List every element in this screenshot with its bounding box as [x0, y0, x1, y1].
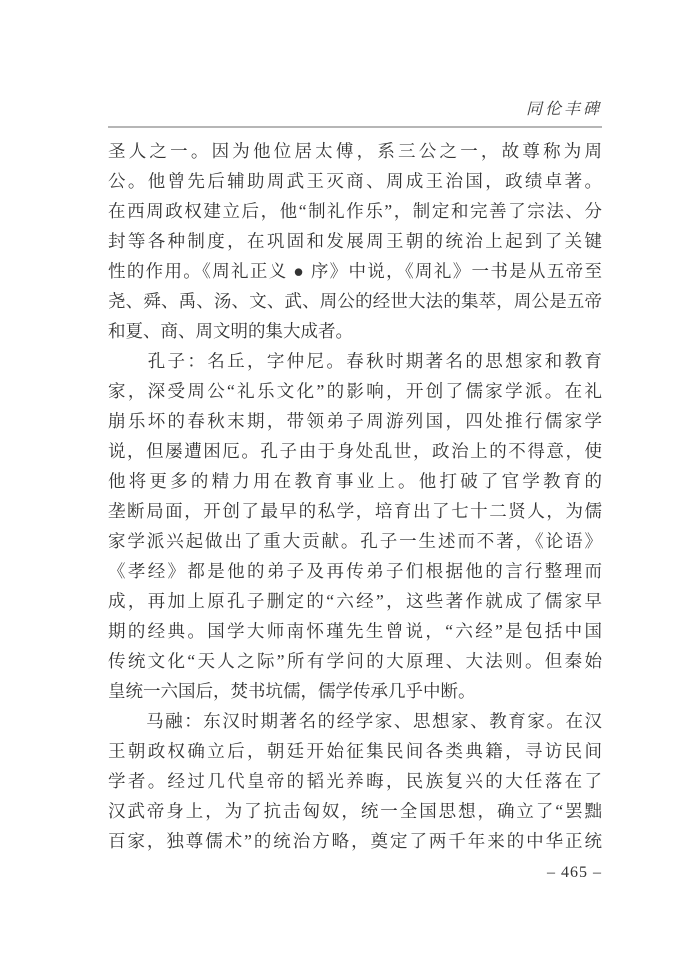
- running-header-title: 同伦丰碑: [526, 101, 602, 118]
- paragraph: 孔子：名丘，字仲尼。春秋时期著名的思想家和教育家，深受周公“礼乐文化”的影响，开…: [108, 346, 602, 706]
- text-line: 《孝经》都是他的弟子及再传弟子们根据他的言行整理而: [108, 556, 602, 586]
- page-body: 圣人之一。因为他位居太傅，系三公之一，故尊称为周公。他曾先后辅助周武王灭商、周成…: [108, 136, 602, 856]
- text-line: 孔子：名丘，字仲尼。春秋时期著名的思想家和教育: [108, 346, 602, 376]
- text-line: 传统文化“天人之际”所有学问的大原理、大法则。但秦始: [108, 646, 602, 676]
- page-number: – 465 –: [547, 864, 602, 881]
- paragraph: 圣人之一。因为他位居太傅，系三公之一，故尊称为周公。他曾先后辅助周武王灭商、周成…: [108, 136, 602, 346]
- text-line: 公。他曾先后辅助周武王灭商、周成王治国，政绩卓著。: [108, 166, 602, 196]
- paragraph: 马融：东汉时期著名的经学家、思想家、教育家。在汉王朝政权确立后，朝廷开始征集民间…: [108, 706, 602, 856]
- text-line: 圣人之一。因为他位居太傅，系三公之一，故尊称为周: [108, 136, 602, 166]
- text-line: 说，但屡遭困厄。孔子由于身处乱世，政治上的不得意，使: [108, 436, 602, 466]
- text-line: 百家，独尊儒术”的统治方略，奠定了两千年来的中华正统: [108, 826, 602, 856]
- text-line: 崩乐坏的春秋末期，带领弟子周游列国，四处推行儒家学: [108, 406, 602, 436]
- text-line: 皇统一六国后，焚书坑儒，儒学传承几乎中断。: [108, 676, 602, 706]
- text-line: 马融：东汉时期著名的经学家、思想家、教育家。在汉: [108, 706, 602, 736]
- text-line: 性的作用。《周礼正义 ● 序》中说，《周礼》一书是从五帝至: [108, 256, 602, 286]
- text-line: 在西周政权建立后，他“制礼作乐”，制定和完善了宗法、分: [108, 196, 602, 226]
- text-line: 汉武帝身上，为了抗击匈奴，统一全国思想，确立了“罢黜: [108, 796, 602, 826]
- text-line: 王朝政权确立后，朝廷开始征集民间各类典籍，寻访民间: [108, 736, 602, 766]
- text-line: 学者。经过几代皇帝的韬光养晦，民族复兴的大任落在了: [108, 766, 602, 796]
- text-line: 他将更多的精力用在教育事业上。他打破了官学教育的: [108, 466, 602, 496]
- text-line: 和夏、商、周文明的集大成者。: [108, 316, 602, 346]
- text-line: 封等各种制度，在巩固和发展周王朝的统治上起到了关键: [108, 226, 602, 256]
- text-line: 家，深受周公“礼乐文化”的影响，开创了儒家学派。在礼: [108, 376, 602, 406]
- page-footer: – 465 –: [108, 864, 602, 882]
- text-line: 成，再加上原孔子删定的“六经”，这些著作就成了儒家早: [108, 586, 602, 616]
- book-page: 同伦丰碑 圣人之一。因为他位居太傅，系三公之一，故尊称为周公。他曾先后辅助周武王…: [0, 0, 692, 968]
- text-line: 家学派兴起做出了重大贡献。孔子一生述而不著，《论语》: [108, 526, 602, 556]
- text-line: 期的经典。国学大师南怀瑾先生曾说，“六经”是包括中国: [108, 616, 602, 646]
- text-line: 尧、舜、禹、汤、文、武、周公的经世大法的集萃，周公是五帝: [108, 286, 602, 316]
- text-line: 垄断局面，开创了最早的私学，培育出了七十二贤人，为儒: [108, 496, 602, 526]
- running-header: 同伦丰碑: [108, 96, 602, 128]
